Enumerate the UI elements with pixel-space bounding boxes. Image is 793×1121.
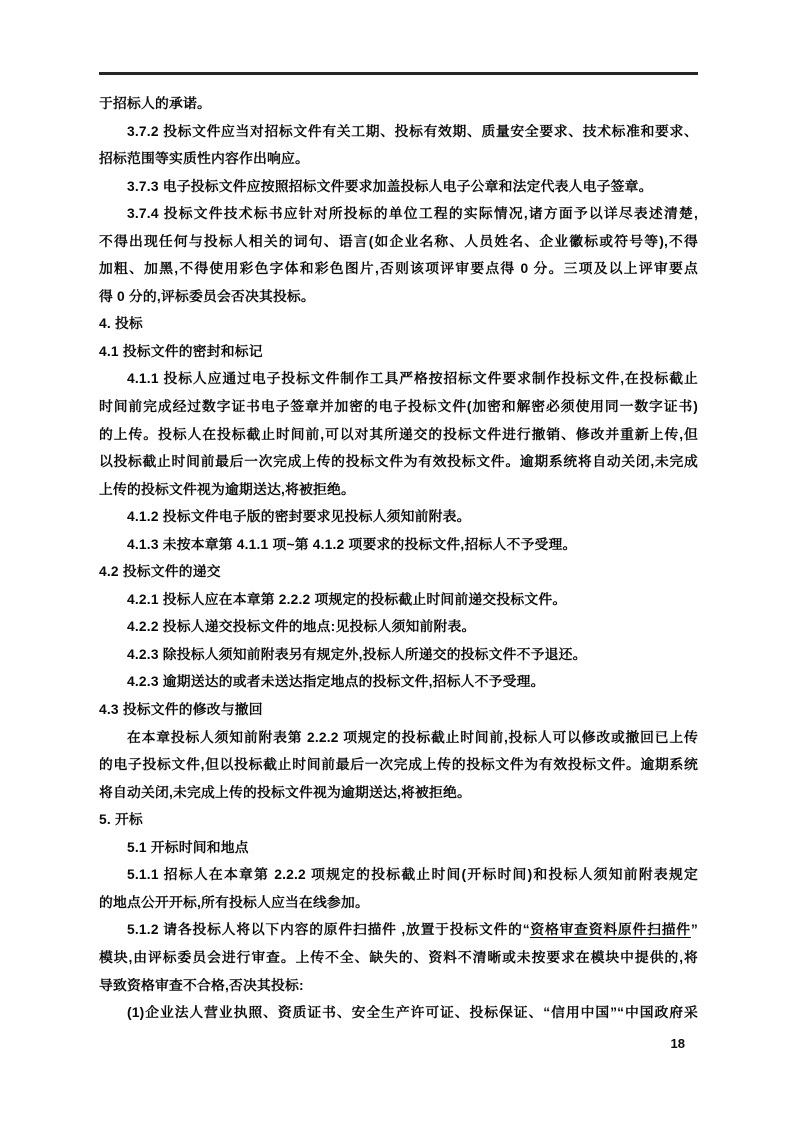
section-heading: 4.3 投标文件的修改与撤回 <box>99 696 698 724</box>
document-line: 的电子投标文件,但以投标截止时间前最后一次完成上传的投标文件为有效投标文件。逾期… <box>99 751 698 779</box>
document-line: 上传的投标文件视为逾期送达,将被拒绝。 <box>99 476 698 504</box>
document-body: 于招标人的承诺。3.7.2 投标文件应当对招标文件有关工期、投标有效期、质量安全… <box>99 90 698 1027</box>
document-line: 在本章投标人须知前附表第 2.2.2 项规定的投标截止时间前,投标人可以修改或撤… <box>99 724 698 752</box>
document-line: 时间前完成经过数字证书电子签章并加密的电子投标文件(加密和解密必须使用同一数字证… <box>99 393 698 421</box>
document-page: 于招标人的承诺。3.7.2 投标文件应当对招标文件有关工期、投标有效期、质量安全… <box>0 0 793 1121</box>
document-line: 5.1.2 请各投标人将以下内容的原件扫描件 ,放置于投标文件的“资格审查资料原… <box>99 916 698 944</box>
section-heading: 5. 开标 <box>99 806 698 834</box>
document-line: 模块,由评标委员会进行审查。上传不全、缺失的、资料不清晰或未按要求在模块中提供的… <box>99 944 698 972</box>
document-line: 4.1.3 未按本章第 4.1.1 项~第 4.1.2 项要求的投标文件,招标人… <box>99 531 698 559</box>
section-heading: 4.2 投标文件的递交 <box>99 558 698 586</box>
page-number: 18 <box>99 1034 685 1054</box>
document-line: 4.1.2 投标文件电子版的密封要求见投标人须知前附表。 <box>99 503 698 531</box>
header-rule <box>99 72 698 75</box>
document-line: 导致资格审查不合格,否决其投标: <box>99 972 698 1000</box>
document-line: 3.7.3 电子投标文件应按照招标文件要求加盖投标人电子公章和法定代表人电子签章… <box>99 173 698 201</box>
section-heading: 5.1 开标时间和地点 <box>99 834 698 862</box>
document-line: 招标范围等实质性内容作出响应。 <box>99 145 698 173</box>
document-line: 3.7.4 投标文件技术标书应针对所投标的单位工程的实际情况,诸方面予以详尽表述… <box>99 200 698 228</box>
document-line: (1)企业法人营业执照、资质证书、安全生产许可证、投标保证、“信用中国”“中国政… <box>99 999 698 1027</box>
document-line: 4.2.3 逾期送达的或者未送达指定地点的投标文件,招标人不予受理。 <box>99 668 698 696</box>
document-line: 得 0 分的,评标委员会否决其投标。 <box>99 283 698 311</box>
document-line: 不得出现任何与投标人相关的词句、语言(如企业名称、人员姓名、企业徽标或符号等),… <box>99 228 698 256</box>
document-line: 4.1.1 投标人应通过电子投标文件制作工具严格按招标文件要求制作投标文件,在投… <box>99 365 698 393</box>
document-line: 于招标人的承诺。 <box>99 90 698 118</box>
document-line: 将自动关闭,未完成上传的投标文件视为逾期送达,将被拒绝。 <box>99 779 698 807</box>
document-line: 4.2.1 投标人应在本章第 2.2.2 项规定的投标截止时间前递交投标文件。 <box>99 586 698 614</box>
section-heading: 4.1 投标文件的密封和标记 <box>99 338 698 366</box>
document-line: 4.2.3 除投标人须知前附表另有规定外,投标人所递交的投标文件不予退还。 <box>99 641 698 669</box>
document-line: 加粗、加黑,不得使用彩色字体和彩色图片,否则该项评审要点得 0 分。三项及以上评… <box>99 255 698 283</box>
section-heading: 4. 投标 <box>99 310 698 338</box>
underlined-term: 资格审查资料原件扫描件 <box>530 922 691 937</box>
document-line: 的上传。投标人在投标截止时间前,可以对其所递交的投标文件进行撤销、修改并重新上传… <box>99 421 698 449</box>
document-line: 5.1.1 招标人在本章第 2.2.2 项规定的投标截止时间(开标时间)和投标人… <box>99 861 698 889</box>
document-line: 以投标截止时间前最后一次完成上传的投标文件为有效投标文件。逾期系统将自动关闭,未… <box>99 448 698 476</box>
document-line: 的地点公开开标,所有投标人应当在线参加。 <box>99 889 698 917</box>
document-line: 4.2.2 投标人递交投标文件的地点:见投标人须知前附表。 <box>99 613 698 641</box>
document-line: 3.7.2 投标文件应当对招标文件有关工期、投标有效期、质量安全要求、技术标准和… <box>99 118 698 146</box>
